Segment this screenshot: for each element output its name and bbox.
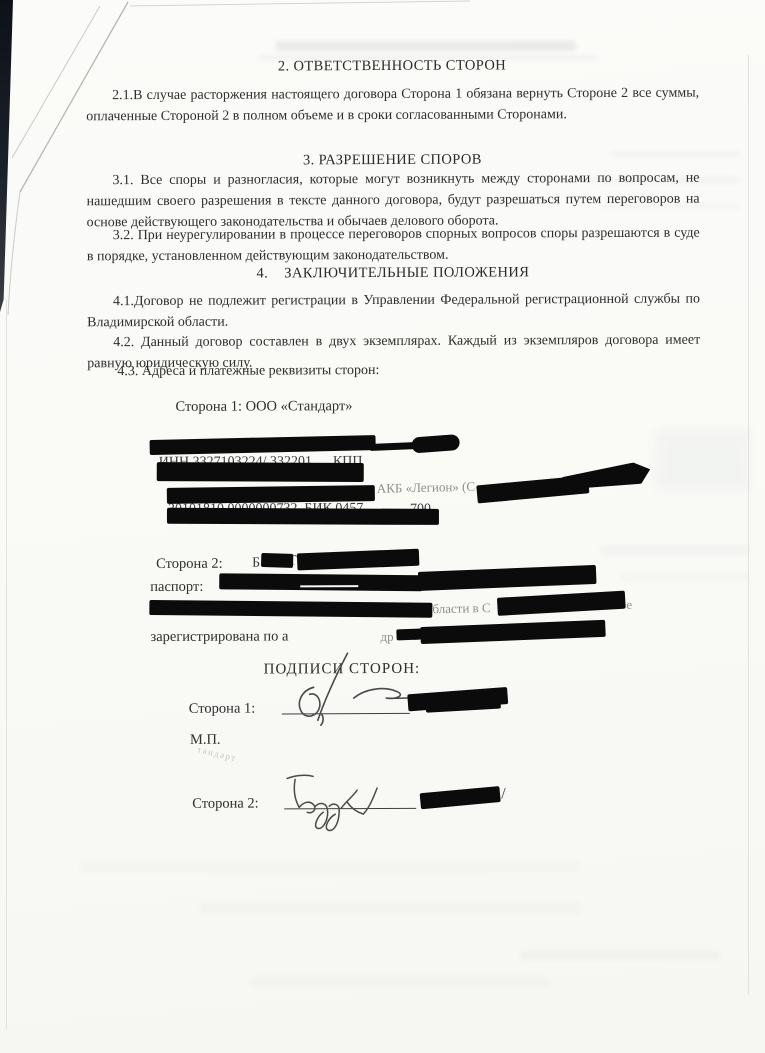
- redaction-gap: [300, 585, 358, 587]
- section-4-heading: 4. ЗАКЛЮЧИТЕЛЬНЫЕ ПОЛОЖЕНИЯ: [87, 264, 699, 284]
- section-2-heading: 2. ОТВЕТСТВЕННОСТЬ СТОРОН: [86, 57, 698, 77]
- party2-label: Сторона 2:: [156, 556, 223, 573]
- redaction-bar: [167, 508, 439, 525]
- redaction-bar: [297, 549, 420, 571]
- redaction-bar: [418, 565, 597, 591]
- party2-name-fragment: Б: [252, 556, 260, 572]
- document-content: 2. ОТВЕТСТВЕННОСТЬ СТОРОН 2.1.В случае р…: [0, 0, 765, 1053]
- party2-issued-fragment: бласти в С: [432, 600, 491, 617]
- signature-slash-fragment: /: [501, 785, 506, 803]
- paragraph-4-1: 4.1.Договор не подлежит регистрации в Уп…: [87, 289, 700, 334]
- party1-signature: [266, 642, 466, 728]
- paragraph-2-1: 2.1.В случае расторжения настоящего дого…: [86, 83, 699, 128]
- party2-signature: [273, 762, 413, 843]
- redaction-bar: [150, 435, 376, 455]
- party2-issued-fragment: е: [626, 597, 632, 613]
- redaction-bar: [261, 553, 293, 568]
- redaction-bar: [420, 620, 606, 644]
- redaction-bar: [562, 461, 652, 494]
- redaction-bar: [411, 434, 460, 454]
- party2-passport-label: паспорт:: [150, 579, 203, 596]
- paragraph-4-3: 4.3. Адреса и платежные реквизиты сторон…: [87, 359, 700, 383]
- redaction-bar: [149, 600, 432, 618]
- redaction-bar: [167, 485, 375, 504]
- party2-signature-label: Сторона 2:: [192, 796, 259, 813]
- paragraph-3-2: 3.2. При неурегулировании в процессе пер…: [87, 223, 700, 268]
- redaction-bar: [157, 462, 364, 482]
- redaction-bar: [497, 591, 626, 616]
- scanned-contract-page: 2. ОТВЕТСТВЕННОСТЬ СТОРОН 2.1.В случае р…: [0, 0, 765, 1053]
- redaction-bar: [420, 786, 501, 809]
- party1-signature-label: Сторона 1:: [189, 701, 256, 718]
- party1-bank-fragment: АКБ «Легион» (С: [377, 479, 476, 497]
- redaction-bar: [219, 573, 422, 591]
- party1-label: Сторона 1: ООО «Стандарт»: [175, 398, 352, 416]
